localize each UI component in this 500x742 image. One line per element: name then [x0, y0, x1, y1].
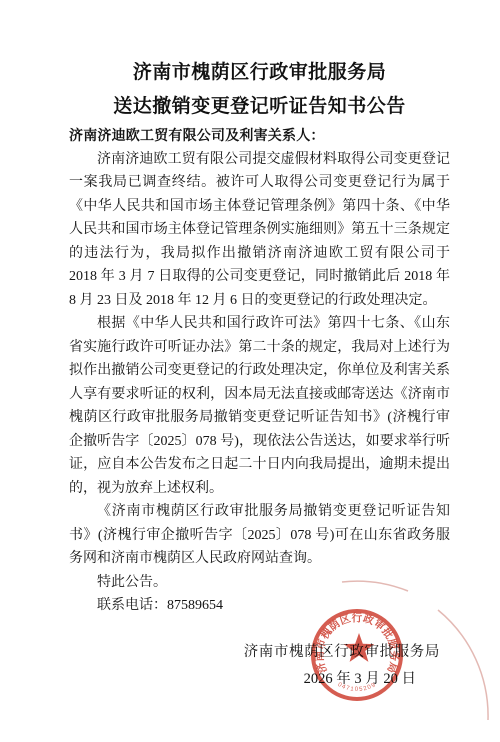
salutation: 济南济迪欧工贸有限公司及利害关系人： [69, 124, 450, 148]
contact-phone-line: 联系电话：87589654 [69, 594, 450, 618]
closing-statement: 特此公告。 [69, 571, 450, 595]
document-body: 济南济迪欧工贸有限公司及利害关系人： 济南济迪欧工贸有限公司提交虚假材料取得公司… [69, 124, 450, 618]
paragraph-hearing-rights: 根据《中华人民共和国行政许可法》第四十七条、《山东省实施行政许可听证办法》第二十… [69, 312, 450, 500]
title-line-agency: 济南市槐荫区行政审批服务局 [69, 56, 450, 90]
paragraph-case-summary: 济南济迪欧工贸有限公司提交虚假材料取得公司变更登记一案我局已调查终结。被许可人取… [69, 148, 450, 313]
title-line-subject: 送达撤销变更登记听证告知书公告 [69, 90, 450, 124]
signature-block: 济南市槐荫区行政审批服务局 2026 年 3 月 20 日 [69, 640, 450, 691]
announcement-document-page: 济南市槐荫区行政审批服务局 送达撤销变更登记听证告知书公告 济南济迪欧工贸有限公… [0, 0, 500, 742]
document-title: 济南市槐荫区行政审批服务局 送达撤销变更登记听证告知书公告 [0, 0, 500, 124]
issue-date: 2026 年 3 月 20 日 [69, 667, 450, 691]
paragraph-document-access: 《济南市槐荫区行政审批服务局撤销变更登记听证告知书》(济槐行审企撤听告字〔202… [69, 500, 450, 571]
issuing-agency-name: 济南市槐荫区行政审批服务局 [69, 640, 450, 664]
